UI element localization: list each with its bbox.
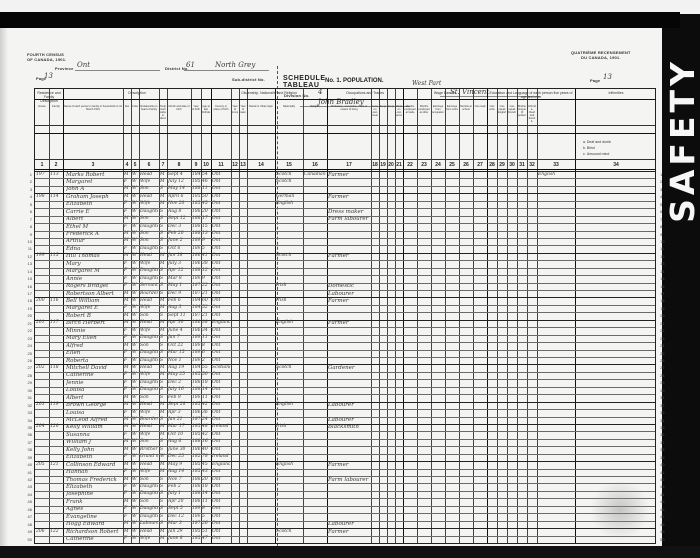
cell-house: 200 <box>36 297 48 305</box>
province-value: Ont <box>77 61 90 69</box>
column-divider <box>575 89 576 543</box>
line-number-right: 5 <box>660 202 670 207</box>
cell-origin: English <box>276 401 302 409</box>
line-number-right: 39 <box>660 455 670 460</box>
line-number-right: 20 <box>660 313 670 318</box>
cell-nationality: Canadian <box>304 171 326 179</box>
cell-occupation: Farmer <box>328 297 370 305</box>
cell-house: 203 <box>36 401 48 409</box>
line-number-right: 14 <box>660 269 670 274</box>
column-divider <box>403 89 404 543</box>
ward-note: West Part <box>412 80 441 87</box>
cell-house: 206 <box>36 528 48 536</box>
cell-origin: Scotch <box>276 364 302 372</box>
column-header: Nationality <box>276 105 302 123</box>
column-header: Earnings from occupation <box>432 105 444 123</box>
column-divider <box>527 89 528 543</box>
schedule-title: SCHEDULE TABLEAU <box>283 75 326 89</box>
line-number-left: 10 <box>22 239 32 244</box>
population-table: Residence and Family DescriptionDescript… <box>34 88 656 544</box>
line-number-left: 17 <box>22 291 32 296</box>
line-number-left: 49 <box>22 529 32 534</box>
cell-occupation: Farmer <box>328 461 370 469</box>
header-band-line <box>35 159 655 160</box>
line-number-right: 11 <box>660 246 670 251</box>
line-number-right: 16 <box>660 284 670 289</box>
cell-family: 117 <box>50 319 62 327</box>
cell-occupation: Farmer <box>328 319 370 327</box>
line-number-left: 5 <box>22 202 32 207</box>
line-number-right: 19 <box>660 306 670 311</box>
column-header: Family <box>50 105 62 123</box>
line-number-left: 16 <box>22 284 32 289</box>
column-header: Mother tongue (if spoken) <box>518 105 526 123</box>
cell-house: 202 <box>36 364 48 372</box>
column-header: Months at school <box>460 105 472 123</box>
right-title: QUATRIÈME RECENSEMENT DU CANADA, 1901. <box>571 50 631 60</box>
column-divider <box>247 89 248 543</box>
line-number-left: 25 <box>22 351 32 356</box>
line-number-left: 2 <box>22 179 32 184</box>
group-header: Citizenship, Nationality and Religion <box>211 91 327 95</box>
group-header: Education and Language of each person fi… <box>487 91 575 99</box>
column-header: Year of immigration <box>232 105 238 123</box>
line-number-left: 37 <box>22 440 32 445</box>
header-band-line <box>35 133 655 134</box>
cell-occupation: Gardener <box>328 364 370 372</box>
column-header: Month and date of birth <box>168 105 190 123</box>
column-header: Religion <box>304 105 326 123</box>
province-label: Province <box>55 66 74 71</box>
column-divider <box>459 89 460 543</box>
film-bottom-edge <box>0 546 700 558</box>
column-header: Sex <box>124 105 130 123</box>
line-number-right: 27 <box>660 365 670 370</box>
column-header: Relationship to head of family <box>140 105 158 123</box>
cell-family: 119 <box>50 401 62 409</box>
line-number-right: 15 <box>660 276 670 281</box>
column-header: Single, married, widowed or divorced <box>160 105 166 123</box>
column-header: Can speak French <box>508 105 516 123</box>
cell-family: 113 <box>50 171 62 179</box>
group-header: Description <box>63 91 211 95</box>
line-number-right: 13 <box>660 261 670 266</box>
column-divider <box>49 89 50 543</box>
schedule-number: No. 1. POPULATION. <box>325 78 384 84</box>
column-divider <box>507 89 508 543</box>
column-divider <box>487 89 488 543</box>
line-number-right: 49 <box>660 529 670 534</box>
line-number-right: 12 <box>660 254 670 259</box>
column-number: 2 <box>46 162 66 168</box>
header-band-line <box>35 99 655 100</box>
cell-place: Ont <box>212 535 230 543</box>
line-number-left: 43 <box>22 484 32 489</box>
line-number-right: 7 <box>660 217 670 222</box>
line-number-right: 44 <box>660 492 670 497</box>
column-divider <box>303 89 304 543</box>
column-header: Months employed at trade <box>404 105 416 123</box>
line-number-right: 36 <box>660 432 670 437</box>
line-number-left: 27 <box>22 365 32 370</box>
line-number-left: 34 <box>22 418 32 423</box>
line-number-left: 36 <box>22 432 32 437</box>
line-number-right: 32 <box>660 403 670 408</box>
left-title: FOURTH CENSUS OF CANADA, 1901. <box>27 52 66 62</box>
cell-house: 205 <box>36 461 48 469</box>
column-divider <box>473 89 474 543</box>
column-header: Infirmities: a. Deaf and dumb b. Blind c… <box>528 105 536 123</box>
line-number-right: 17 <box>660 291 670 296</box>
line-number-right: 40 <box>660 462 670 467</box>
line-number-left: 7 <box>22 217 32 222</box>
line-number-right: 23 <box>660 336 670 341</box>
column-header: Racial or tribal origin <box>248 105 274 123</box>
line-number-left: 28 <box>22 373 32 378</box>
film-black-band <box>0 12 680 28</box>
column-divider <box>371 89 372 543</box>
column-divider <box>239 89 240 543</box>
line-number-right: 48 <box>660 522 670 527</box>
line-number-left: 44 <box>22 492 32 497</box>
column-header: Name of each person in family or househo… <box>64 105 122 123</box>
line-number-right: 28 <box>660 373 670 378</box>
line-number-left: 23 <box>22 336 32 341</box>
line-number-right: 10 <box>660 239 670 244</box>
line-number-right: 6 <box>660 209 670 214</box>
cell-status: M <box>160 535 166 543</box>
column-header: Employer <box>380 105 386 123</box>
column-divider <box>445 89 446 543</box>
line-number-right: 9 <box>660 232 670 237</box>
cell-origin: Irish <box>276 282 302 290</box>
cell-origin: English <box>276 319 302 327</box>
column-header: House <box>36 105 48 123</box>
cell-origin: Irish <box>276 423 302 431</box>
column-divider <box>379 89 380 543</box>
column-divider <box>537 89 538 543</box>
cell-family: 114 <box>50 193 62 201</box>
cell-name: Catherine <box>66 535 122 543</box>
line-number-left: 18 <box>22 298 32 303</box>
column-header: Living on own means <box>372 105 378 123</box>
line-number-left: 30 <box>22 388 32 393</box>
line-number-left: 45 <box>22 499 32 504</box>
line-number-right: 3 <box>660 187 670 192</box>
cell-occupation: Farm labourer <box>328 476 370 484</box>
line-number-left: 20 <box>22 313 32 318</box>
cell-family: 120 <box>50 423 62 431</box>
line-number-right: 21 <box>660 321 670 326</box>
column-divider <box>431 89 432 543</box>
column-header: Colour <box>132 105 138 123</box>
cell-origin: Scotch <box>276 178 302 186</box>
line-number-left: 46 <box>22 507 32 512</box>
line-number-right: 24 <box>660 343 670 348</box>
cell-occupation: Farmer <box>328 252 370 260</box>
cell-family: 115 <box>50 252 62 260</box>
district-underline <box>184 70 269 71</box>
line-number-left: 26 <box>22 358 32 363</box>
column-number: 15 <box>279 162 299 168</box>
line-number-left: 48 <box>22 522 32 527</box>
cell-occupation: Farmer <box>328 171 370 179</box>
line-number-right: 1 <box>660 172 670 177</box>
cell-origin: Scotch <box>276 252 302 260</box>
right-title-line2: DU CANADA, 1901. <box>571 55 631 60</box>
line-number-left: 4 <box>22 194 32 199</box>
cell-family: 116 <box>50 297 62 305</box>
line-number-right: 4 <box>660 194 670 199</box>
line-number-right: 8 <box>660 224 670 229</box>
cell-occupation: Farm labourer <box>328 215 370 223</box>
line-number-right: 38 <box>660 447 670 452</box>
column-divider <box>275 89 276 543</box>
column-header: Can speak English <box>498 105 506 123</box>
group-header: Residence and Family Description <box>35 91 63 103</box>
column-number: 16 <box>305 162 325 168</box>
cell-house: 197 <box>36 171 48 179</box>
line-number-left: 35 <box>22 425 32 430</box>
group-header: Infirmities <box>575 91 657 95</box>
line-number-left: 29 <box>22 380 32 385</box>
column-header: Can write <box>488 105 496 123</box>
column-header: Country or place of birth <box>212 105 230 123</box>
right-page-label: Page <box>590 78 600 83</box>
line-number-left: 22 <box>22 328 32 333</box>
line-number-right: 42 <box>660 477 670 482</box>
line-number-right: 31 <box>660 395 670 400</box>
line-number-left: 24 <box>22 343 32 348</box>
subdistrict-label: Sub-district No. <box>232 77 265 82</box>
cell-house: 201 <box>36 319 48 327</box>
line-number-left: 50 <box>22 537 32 542</box>
district-name: North Grey <box>215 61 255 69</box>
column-divider <box>231 89 232 543</box>
line-number-right: 30 <box>660 388 670 393</box>
line-number-right: 41 <box>660 470 670 475</box>
right-page-value: 13 <box>603 73 612 81</box>
cell-house: 204 <box>36 423 48 431</box>
line-number-left: 33 <box>22 410 32 415</box>
column-header: Earnings from extra <box>446 105 458 123</box>
line-number-left: 42 <box>22 477 32 482</box>
line-number-left: 1 <box>22 172 32 177</box>
cell-family: 122 <box>50 528 62 536</box>
column-number: 3 <box>83 162 103 168</box>
line-number-right: 34 <box>660 418 670 423</box>
line-number-right: 45 <box>660 499 670 504</box>
line-number-left: 21 <box>22 321 32 326</box>
line-number-left: 12 <box>22 254 32 259</box>
cell-house: 198 <box>36 193 48 201</box>
cell-age: 47 <box>202 535 210 543</box>
left-title-line2: OF CANADA, 1901. <box>27 57 66 62</box>
cell-year: 1853 <box>192 535 200 543</box>
line-number-left: 3 <box>22 187 32 192</box>
line-number-right: 26 <box>660 358 670 363</box>
column-header: Employee <box>388 105 394 123</box>
line-number-right: 25 <box>660 351 670 356</box>
line-number-left: 40 <box>22 462 32 467</box>
column-divider <box>417 89 418 543</box>
line-number-right: 22 <box>660 328 670 333</box>
column-number: 17 <box>339 162 359 168</box>
cell-occupation: Blacksmith <box>328 423 370 431</box>
line-number-left: 15 <box>22 276 32 281</box>
line-number-left: 14 <box>22 269 32 274</box>
column-header: Months employed at other <box>418 105 430 123</box>
line-number-right: 50 <box>660 537 670 542</box>
page-value: 13 <box>44 72 53 80</box>
column-number: 13 <box>233 162 253 168</box>
line-number-left: 19 <box>22 306 32 311</box>
cell-sex: F <box>124 535 130 543</box>
line-number-left: 39 <box>22 455 32 460</box>
column-header: Profession, occupation, trade or means o… <box>328 105 370 123</box>
column-divider <box>497 89 498 543</box>
cell-occupation: Farmer <box>328 193 370 201</box>
line-number-left: 31 <box>22 395 32 400</box>
column-header: Working on own account <box>396 105 402 123</box>
line-number-right: 46 <box>660 507 670 512</box>
cell-origin: Scotch <box>276 528 302 536</box>
line-number-right: 2 <box>660 179 670 184</box>
infirmity-legend-item: c. Unsound mind <box>583 151 609 157</box>
line-number-left: 41 <box>22 470 32 475</box>
cell-origin: Irish <box>276 297 302 305</box>
group-header: Wage Earners <box>403 91 487 95</box>
line-number-right: 29 <box>660 380 670 385</box>
column-number: 33 <box>546 162 566 168</box>
province-underline <box>75 70 160 71</box>
column-number: 32 <box>522 162 542 168</box>
column-divider <box>517 89 518 543</box>
line-number-right: 37 <box>660 440 670 445</box>
column-divider <box>63 89 64 543</box>
header-band-line <box>35 125 655 126</box>
cell-family: 121 <box>50 461 62 469</box>
line-number-right: 43 <box>660 484 670 489</box>
column-divider <box>387 89 388 543</box>
cell-occupation: Farmer <box>328 528 370 536</box>
cell-family: 118 <box>50 364 62 372</box>
column-number: 34 <box>606 162 626 168</box>
line-number-left: 8 <box>22 224 32 229</box>
column-divider <box>395 89 396 543</box>
column-number: 14 <box>251 162 271 168</box>
cell-occupation: Labourer <box>328 401 370 409</box>
cell-house: 199 <box>36 252 48 260</box>
line-number-right: 18 <box>660 298 670 303</box>
cell-birth: June 8 <box>168 535 190 543</box>
line-number-left: 11 <box>22 246 32 251</box>
cell-colour: W <box>132 535 138 543</box>
cell-relation: Wife <box>140 535 158 543</box>
column-header: Can read <box>474 105 486 123</box>
district-number: 61 <box>186 61 195 69</box>
column-header: Age at last birthday <box>202 105 210 123</box>
line-number-left: 32 <box>22 403 32 408</box>
cell-tongue: English <box>538 171 574 179</box>
line-number-right: 33 <box>660 410 670 415</box>
cell-origin: English <box>276 461 302 469</box>
cell-origin: English <box>276 200 302 208</box>
line-number-right: 35 <box>660 425 670 430</box>
column-header: Year of naturalization <box>240 105 246 123</box>
line-number-left: 38 <box>22 447 32 452</box>
line-number-left: 13 <box>22 261 32 266</box>
line-number-left: 6 <box>22 209 32 214</box>
line-number-left: 9 <box>22 232 32 237</box>
group-header: Occupations and Trades <box>327 91 403 95</box>
column-header: Year of birth <box>192 105 200 123</box>
line-number-left: 47 <box>22 514 32 519</box>
schedule-line1: SCHEDULE <box>283 75 326 82</box>
